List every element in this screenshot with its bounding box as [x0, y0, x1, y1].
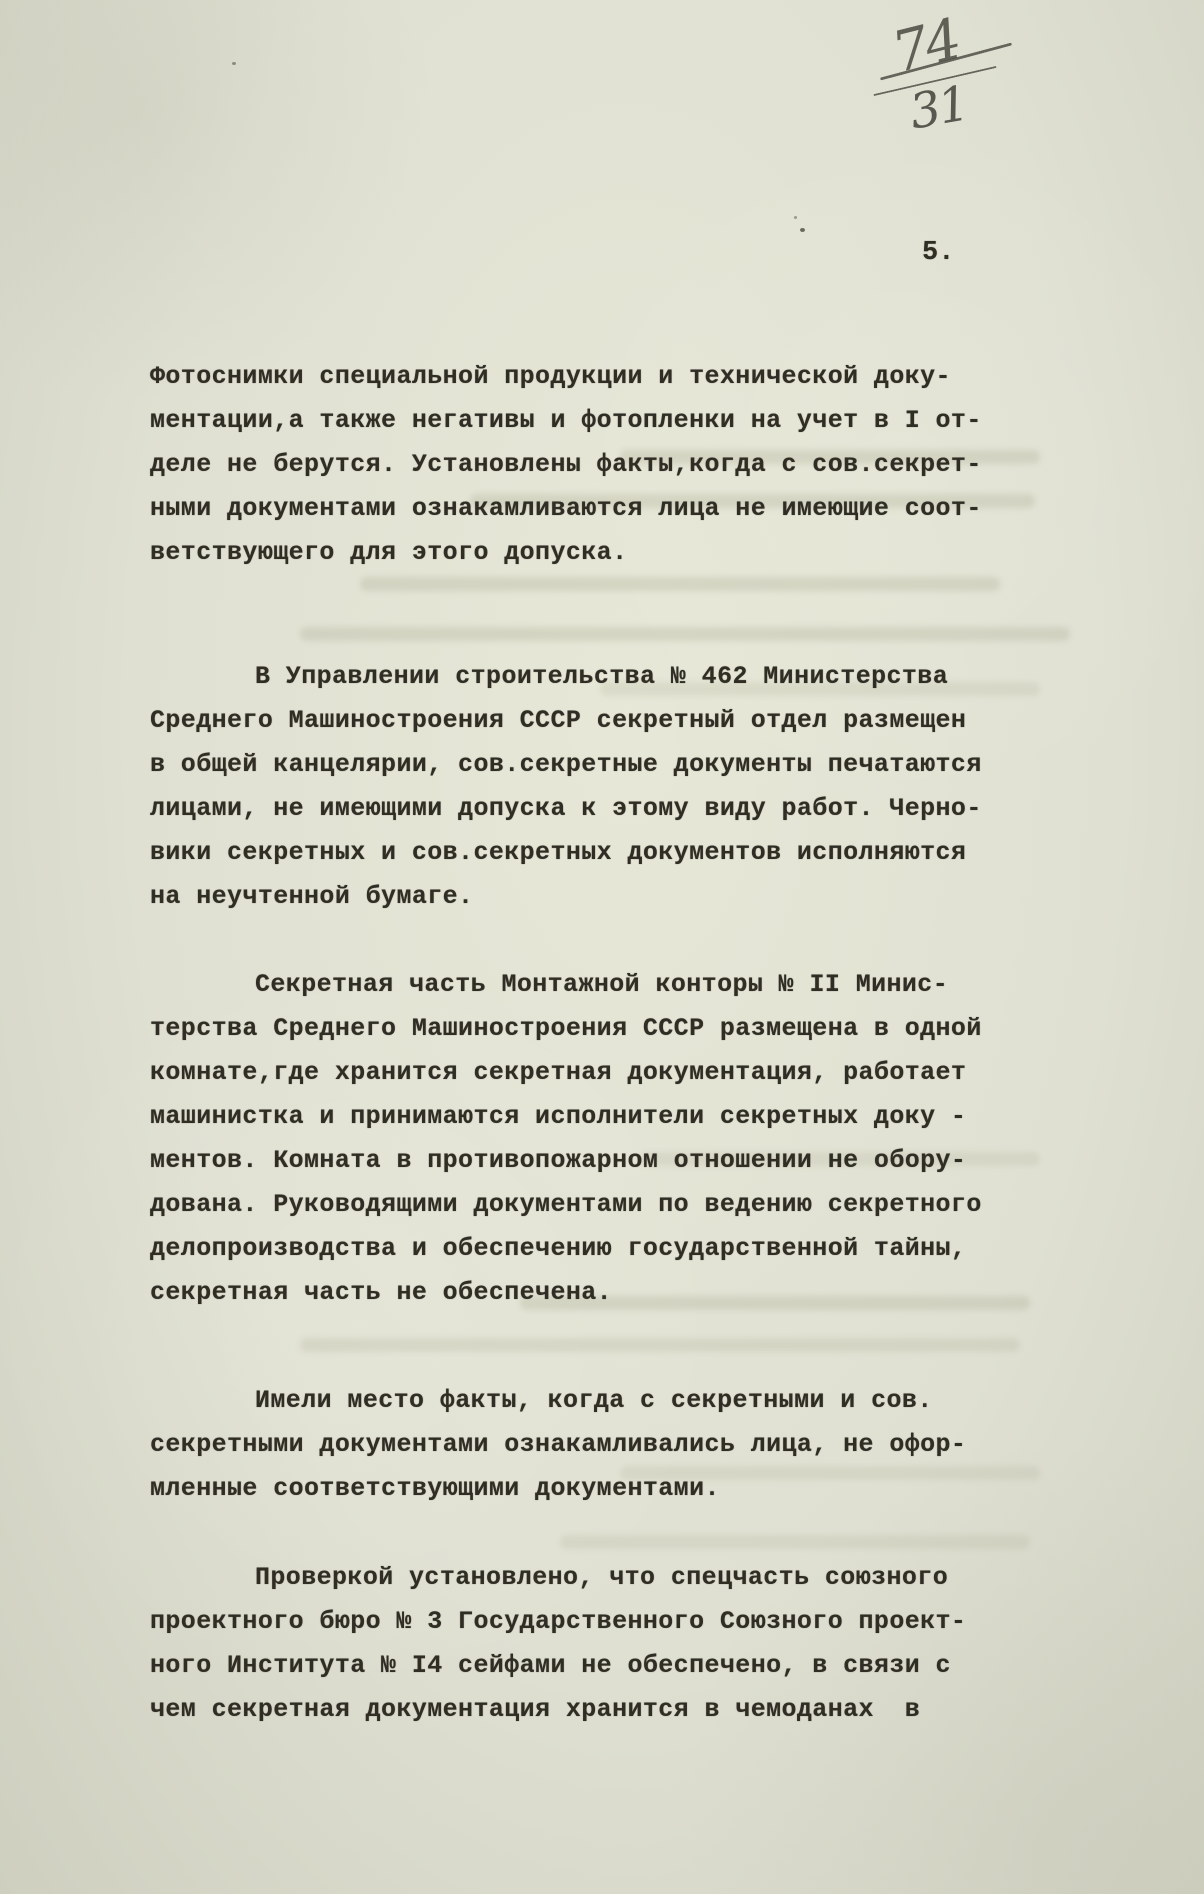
- paragraph: Фотоснимки специальной продукции и техни…: [150, 355, 1070, 575]
- text-line: секретными документами ознакамливались л…: [150, 1423, 1070, 1467]
- scanned-document-page: 74 31 5. Фотоснимки специальной продукци…: [0, 0, 1204, 1894]
- text-line: ветствующего для этого допуска.: [150, 531, 1070, 575]
- text-line: лицами, не имеющими допуска к этому виду…: [150, 787, 1070, 831]
- text-line: Секретная часть Монтажной конторы № II М…: [150, 963, 1070, 1007]
- text-line: Имели место факты, когда с секретными и …: [150, 1379, 1070, 1423]
- text-line: делопроизводства и обеспечению государст…: [150, 1227, 1070, 1271]
- text-line: терства Среднего Машиностроения СССР раз…: [150, 1007, 1070, 1051]
- text-line: Фотоснимки специальной продукции и техни…: [150, 355, 1070, 399]
- text-line: комнате,где хранится секретная документа…: [150, 1051, 1070, 1095]
- text-line: ментов. Комната в противопожарном отноше…: [150, 1139, 1070, 1183]
- text-line: мленные соответствующими документами.: [150, 1467, 1070, 1511]
- text-line: ного Института № I4 сейфами не обеспечен…: [150, 1644, 1070, 1688]
- text-line: проектного бюро № 3 Государственного Сою…: [150, 1600, 1070, 1644]
- text-line: на неучтенной бумаге.: [150, 875, 1070, 919]
- paragraph: В Управлении строительства № 462 Министе…: [150, 655, 1070, 919]
- text-line: в общей канцелярии, сов.секретные докуме…: [150, 743, 1070, 787]
- text-line: секретная часть не обеспечена.: [150, 1271, 1070, 1315]
- text-line: Среднего Машиностроения СССР секретный о…: [150, 699, 1070, 743]
- paragraph: Имели место факты, когда с секретными и …: [150, 1379, 1070, 1511]
- paragraph: Проверкой установлено, что спецчасть сою…: [150, 1556, 1070, 1732]
- text-line: дована. Руководящими документами по веде…: [150, 1183, 1070, 1227]
- text-line: В Управлении строительства № 462 Министе…: [150, 655, 1070, 699]
- document-text: Фотоснимки специальной продукции и техни…: [150, 0, 1070, 1732]
- paragraph: Секретная часть Монтажной конторы № II М…: [150, 963, 1070, 1315]
- text-line: Проверкой установлено, что спецчасть сою…: [150, 1556, 1070, 1600]
- text-line: ными документами ознакамливаются лица не…: [150, 487, 1070, 531]
- text-line: вики секретных и сов.секретных документо…: [150, 831, 1070, 875]
- text-line: чем секретная документация хранится в че…: [150, 1688, 1070, 1732]
- text-line: машинистка и принимаются исполнители сек…: [150, 1095, 1070, 1139]
- text-line: ментации,а также негативы и фотопленки н…: [150, 399, 1070, 443]
- text-line: деле не берутся. Установлены факты,когда…: [150, 443, 1070, 487]
